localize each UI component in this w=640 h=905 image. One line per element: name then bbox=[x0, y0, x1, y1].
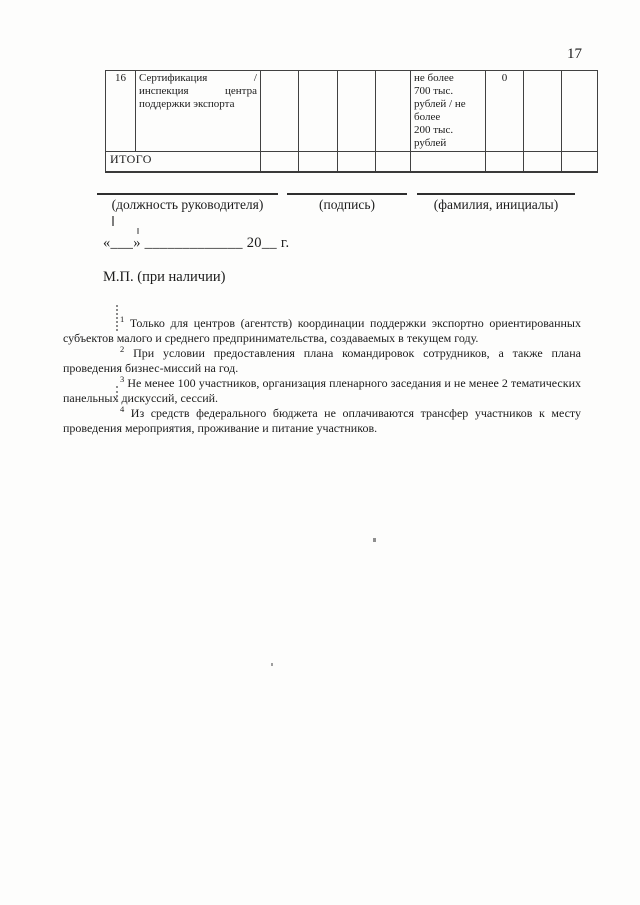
empty-cell bbox=[261, 71, 299, 152]
total-row: ИТОГО bbox=[106, 152, 598, 172]
footnote-4: 4 Из средств федерального бюджета не опл… bbox=[63, 406, 581, 436]
empty-cell bbox=[524, 71, 562, 152]
footnote-1: 1 Только для центров (агентств) координа… bbox=[63, 316, 581, 346]
row-number-cell: 16 bbox=[106, 71, 136, 152]
signature-line-name: (фамилия, инициалы) bbox=[417, 193, 575, 213]
date-blank-line: «___» _____________ 20__ г. bbox=[103, 235, 289, 252]
empty-cell bbox=[261, 152, 299, 172]
scan-artifact bbox=[116, 305, 118, 331]
name-label: (фамилия, инициалы) bbox=[434, 197, 558, 212]
sign-label: (подпись) bbox=[319, 197, 375, 212]
footnote-1-text: Только для центров (агентств) координаци… bbox=[63, 316, 581, 345]
empty-cell bbox=[411, 152, 486, 172]
total-label-cell: ИТОГО bbox=[106, 152, 261, 172]
footnote-4-marker: 4 bbox=[120, 404, 124, 414]
footnote-3: 3 Не менее 100 участников, организация п… bbox=[63, 376, 581, 406]
scan-artifact bbox=[116, 386, 118, 401]
empty-cell bbox=[376, 152, 411, 172]
empty-cell bbox=[562, 71, 598, 152]
position-label: (должность руководителя) bbox=[112, 197, 264, 212]
empty-cell bbox=[376, 71, 411, 152]
footnote-3-text: Не менее 100 участников, организация пле… bbox=[63, 376, 581, 405]
empty-cell bbox=[338, 71, 376, 152]
footnote-2-marker: 2 bbox=[120, 344, 124, 354]
footnote-1-marker: 1 bbox=[120, 314, 124, 324]
table-row-16: 16 Сертификация / инспекция центра подде… bbox=[106, 71, 598, 152]
empty-cell bbox=[562, 152, 598, 172]
footnote-2: 2 При условии предоставления плана коман… bbox=[63, 346, 581, 376]
signature-line-position: (должность руководителя) bbox=[97, 193, 278, 213]
row-title-cell: Сертификация / инспекция центра поддержк… bbox=[136, 71, 261, 152]
empty-cell bbox=[486, 152, 524, 172]
scan-artifact bbox=[271, 663, 273, 666]
value-cell: 0 bbox=[486, 71, 524, 152]
empty-cell bbox=[299, 71, 338, 152]
footnote-4-text: Из средств федерального бюджета не оплач… bbox=[63, 406, 581, 435]
scan-artifact bbox=[373, 538, 376, 542]
stamp-note: М.П. (при наличии) bbox=[103, 269, 225, 286]
footnotes-block: 1 Только для центров (агентств) координа… bbox=[63, 316, 581, 436]
scan-artifact bbox=[137, 228, 139, 234]
empty-cell bbox=[338, 152, 376, 172]
scan-artifact bbox=[112, 216, 114, 226]
page-number: 17 bbox=[567, 46, 582, 63]
document-page: 17 16 Сертификация / инспекция центра по… bbox=[0, 0, 640, 905]
budget-table: 16 Сертификация / инспекция центра подде… bbox=[105, 70, 598, 173]
footnote-3-marker: 3 bbox=[120, 374, 124, 384]
limit-cell: не более 700 тыс. рублей / не более 200 … bbox=[411, 71, 486, 152]
footnote-2-text: При условии предоставления плана команди… bbox=[63, 346, 581, 375]
empty-cell bbox=[524, 152, 562, 172]
empty-cell bbox=[299, 152, 338, 172]
signature-line-sign: (подпись) bbox=[287, 193, 407, 213]
